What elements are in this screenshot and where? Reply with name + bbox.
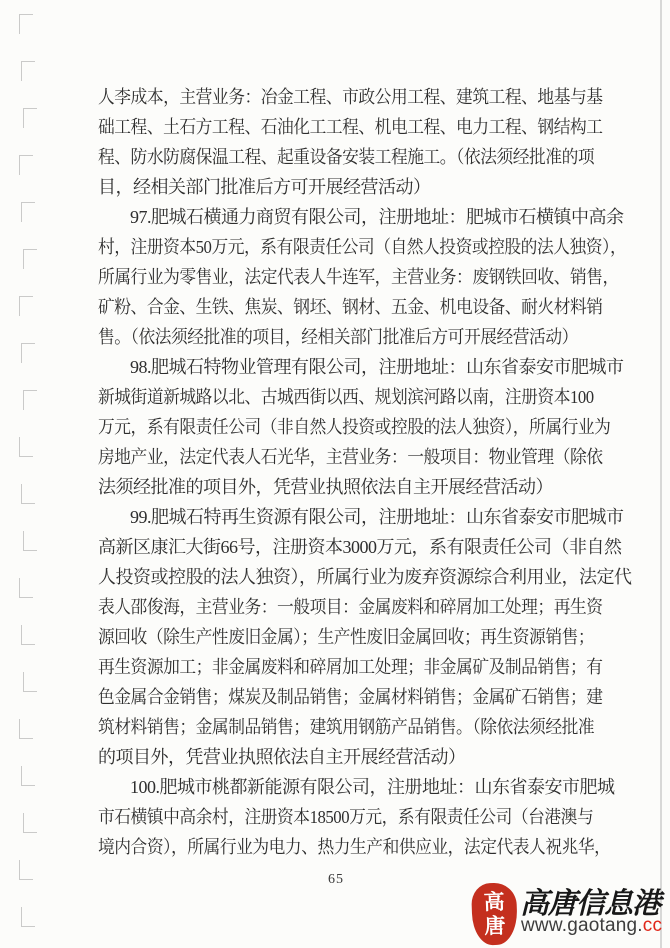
scan-mark [21,343,35,363]
text-line: 万元，系有限责任公司（非自然人投资或控股的法人独资），所属行业为 [98,412,593,442]
text-line: 础工程、土石方工程、石油化工工程、机电工程、电力工程、钢结构工 [98,112,593,142]
text-line: 源回收（除生产性废旧金属）；生产性废旧金属回收；再生资源销售； [98,622,593,652]
text-line: 程、防水防腐保温工程、起重设备安装工程施工。（依法须经批准的项 [98,142,593,172]
text-line: 人李成本，主营业务：冶金工程、市政公用工程、建筑工程、地基与基 [98,82,593,112]
page-number: 65 [296,872,376,888]
scan-mark [21,766,35,786]
scan-mark [23,108,37,128]
text-line: 再生资源加工；非金属废料和碎屑加工处理；非金属矿及制品销售；有 [98,652,593,682]
scan-mark [21,202,35,222]
text-line: 市石横镇中高余村，注册资本18500万元，系有限责任公司（台港澳与 [98,802,593,832]
scan-mark [23,531,37,551]
text-line: 高新区康汇大街66号，注册资本3000万元，系有限责任公司（非自然 [98,532,630,562]
scan-mark [19,14,33,34]
seal-char-bottom: 唐 [484,914,506,939]
scan-mark [21,61,35,81]
text-line: 99.肥城石特再生资源有限公司，注册地址：山东省泰安市肥城市 [98,502,630,532]
text-line: 表人邵俊海，主营业务：一般项目：金属废料和碎屑加工处理；再生资 [98,592,593,622]
text-line: 100.肥城市桃都新能源有限公司，注册地址：山东省泰安市肥城 [98,772,630,802]
scan-mark [23,672,37,692]
text-line: 色金属合金销售；煤炭及制品销售；金属材料销售；金属矿石销售；建 [98,682,593,712]
url-main: www.gaotang. [521,915,643,936]
scan-mark [21,907,35,927]
watermark: 高 唐 高唐信息港 www.gaotang.cc [470,880,670,948]
text-line: 境内合资），所属行业为电力、热力生产和供应业，法定代表人祝兆华， [98,832,593,862]
seal-char-top: 高 [483,890,505,915]
text-line: 新城街道新城路以北、古城西街以西、规划滨河路以南，注册资本100 [98,382,593,412]
text-line: 人投资或控股的法人独资），所属行业为废弃资源综合利用业，法定代 [98,562,630,592]
scan-mark [21,484,35,504]
page-edge-shadow [660,0,662,948]
text-line: 房地产业，法定代表人石光华，主营业务：一般项目：物业管理（除依 [98,442,593,472]
scan-mark [19,437,33,457]
text-line: 村，注册资本50万元，系有限责任公司（自然人投资或控股的法人独资）， [98,232,593,262]
body-text: 人李成本，主营业务：冶金工程、市政公用工程、建筑工程、地基与基 础工程、土石方工… [98,82,630,862]
text-line: 目，经相关部门批准后方可开展经营活动） [98,172,630,202]
text-line: 的项目外，凭营业执照依法自主开展经营活动） [98,742,630,772]
text-line: 法须经批准的项目外，凭营业执照依法自主开展经营活动） [98,472,630,502]
scan-mark [19,719,33,739]
watermark-site-url: www.gaotang.cc [521,915,662,937]
scan-mark [19,860,33,880]
scan-mark [19,296,33,316]
document-page: 人李成本，主营业务：冶金工程、市政公用工程、建筑工程、地基与基 础工程、土石方工… [0,0,670,948]
scan-mark [19,155,33,175]
text-line: 售。（依法须经批准的项目，经相关部门批准后方可开展经营活动） [98,322,593,352]
scan-mark [23,813,37,833]
scan-mark [23,249,37,269]
text-line: 所属行业为零售业，法定代表人牛连军，主营业务：废钢铁回收、销售， [98,262,593,292]
text-line: 97.肥城石横通力商贸有限公司，注册地址：肥城市石横镇中高余 [98,202,630,232]
scan-mark [21,625,35,645]
scan-mark [19,578,33,598]
text-line: 筑材料销售；金属制品销售；建筑用钢筋产品销售。（除依法须经批准 [98,712,593,742]
url-suffix: cc [643,915,662,936]
gaotang-seal-icon: 高 唐 [471,882,518,946]
text-line: 98.肥城石特物业管理有限公司，注册地址：山东省泰安市肥城市 [98,352,630,382]
text-line: 矿粉、合金、生铁、焦炭、钢坯、钢材、五金、机电设备、耐火材料销 [98,292,593,322]
scan-mark [23,390,37,410]
